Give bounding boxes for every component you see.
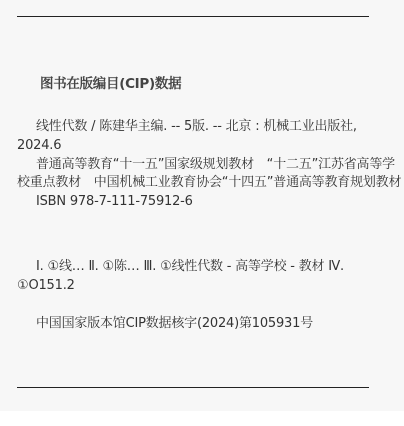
- cip-number: 中国国家版本馆CIP数据核字(2024)第105931号: [17, 315, 403, 334]
- cip-page: 图书在版编目(CIP)数据 线性代数 / 陈建华主编. -- 5版. -- 北京…: [0, 0, 404, 411]
- cip-number-block: 中国国家版本馆CIP数据核字(2024)第105931号: [17, 315, 403, 334]
- subject-headings: Ⅰ. ①线… Ⅱ. ①陈… Ⅲ. ①线性代数 - 高等学校 - 教材 Ⅳ. ①O…: [17, 258, 403, 296]
- bottom-rule: [17, 387, 369, 388]
- cip-title: 图书在版编目(CIP)数据: [40, 72, 181, 92]
- subject-headings-block: Ⅰ. ①线… Ⅱ. ①陈… Ⅲ. ①线性代数 - 高等学校 - 教材 Ⅳ. ①O…: [17, 258, 403, 296]
- top-rule: [17, 16, 369, 17]
- isbn-line: ISBN 978-7-111-75912-6: [17, 193, 403, 212]
- series-note: 普通高等教育“十一五”国家级规划教材 “十二五”江苏省高等学校重点教材 中国机械…: [17, 156, 403, 194]
- bibliographic-line: 线性代数 / 陈建华主编. -- 5版. -- 北京 : 机械工业出版社, 20…: [17, 118, 403, 156]
- cip-entry: 线性代数 / 陈建华主编. -- 5版. -- 北京 : 机械工业出版社, 20…: [17, 118, 403, 212]
